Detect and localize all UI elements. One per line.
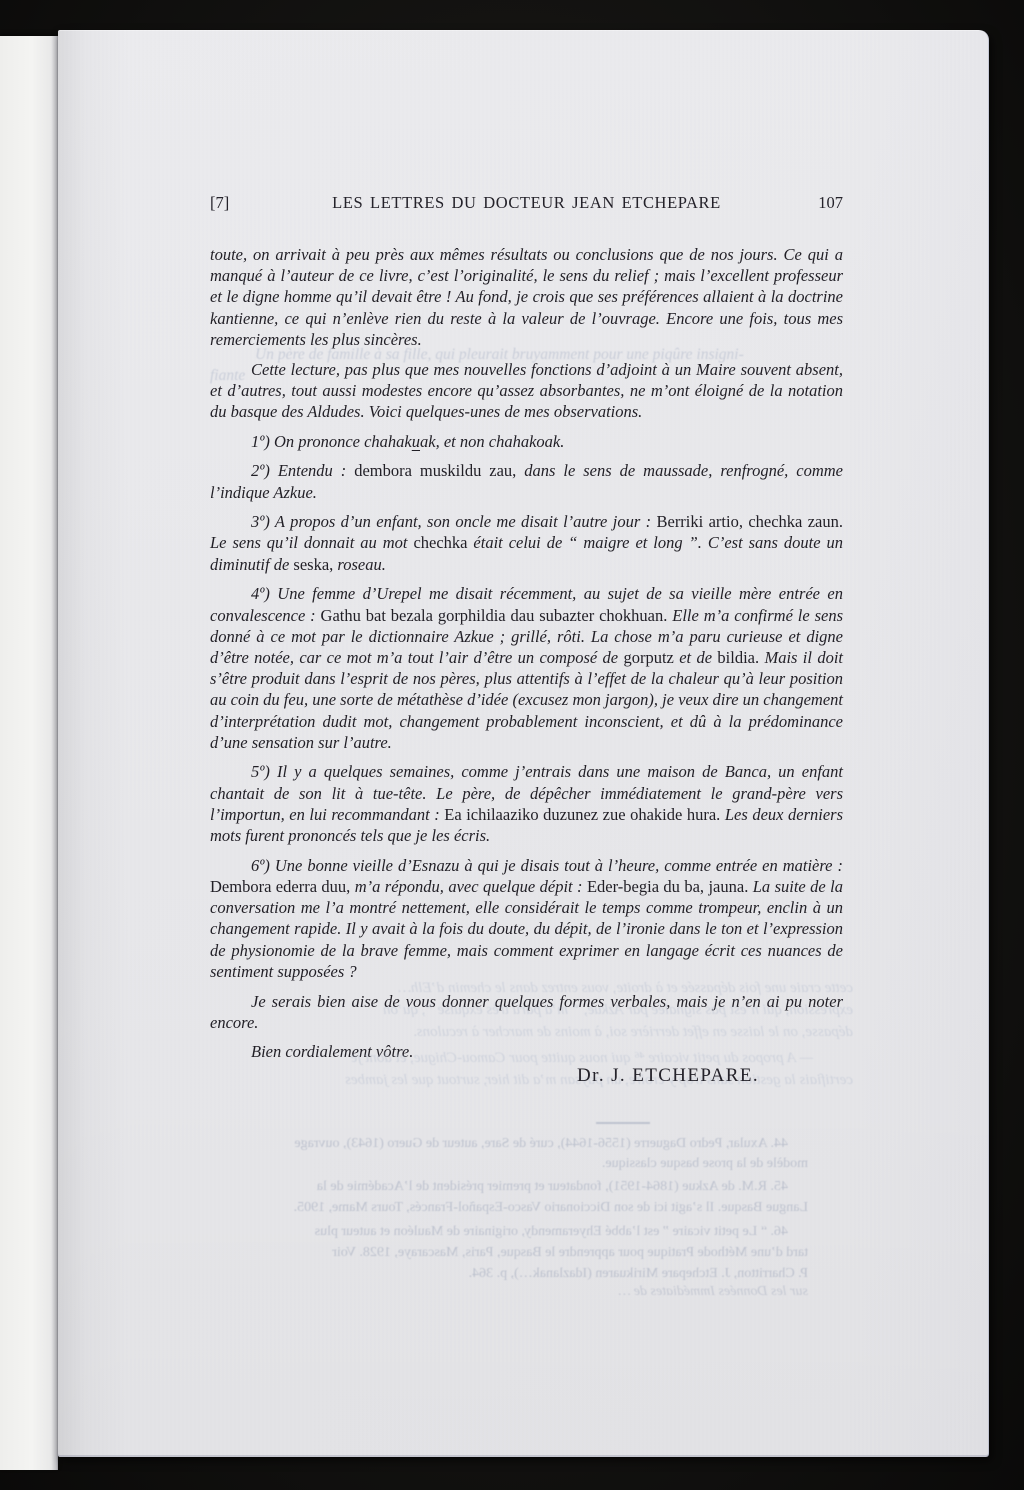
page-number: 107 — [783, 193, 843, 213]
letter-text: toute, on arrivait à peu près aux mêmes … — [210, 245, 843, 349]
paragraph: 6º) Une bonne vieille d’Esnazu à qui je … — [210, 855, 843, 982]
signature: Dr. J. ETCHEPARE. — [210, 1065, 843, 1087]
basque-phrase: Gathu bat bezala gorphildia dau subazter… — [321, 606, 668, 625]
letter-text: Cette lecture, pas plus que mes nouvelle… — [210, 360, 843, 421]
bleedthrough-line: 46. “ Le petit vicaire ” est l’abbé Ehye… — [160, 1222, 808, 1242]
bleedthrough-line: Langue Basque. Il s’agit ici de son Dicc… — [160, 1198, 808, 1218]
bleedthrough-line: 45. R.M. de Azkue (1864-1951), fondateur… — [160, 1177, 808, 1197]
scanned-book-photo: { "header": { "margin_ref": "[7]", "runn… — [0, 0, 1024, 1490]
basque-phrase: seska, — [293, 555, 333, 574]
running-title: LES LETTRES DU DOCTEUR JEAN ETCHEPARE — [270, 193, 783, 213]
paragraph: 4º) Une femme d’Urepel me disait récemme… — [210, 583, 843, 753]
bleedthrough-line: tard d’une Méthode Pratique pour apprend… — [160, 1243, 808, 1263]
basque-phrase: Dembora ederra duu, — [210, 877, 350, 896]
paragraph: 5º) Il y a quelques semaines, comme j’en… — [210, 761, 843, 846]
bracketed-folio: [7] — [210, 193, 270, 213]
letter-body: toute, on arrivait à peu près aux mêmes … — [210, 244, 843, 1063]
bleedthrough-line: P. Charritton, J. Etchepare Mirikuaren (… — [160, 1264, 808, 1284]
letter-text: 3º) A propos d’un enfant, son oncle me d… — [251, 512, 656, 531]
letter-text: m’a répondu, avec quelque dépit : — [350, 877, 587, 896]
bleedthrough-line: 44. Axular, Pedro Daguerre (1556-1644), … — [160, 1134, 808, 1154]
letter-text: 6º) Une bonne vieille d’Esnazu à qui je … — [251, 856, 843, 875]
letter-text: et de — [674, 648, 718, 667]
paragraph: 1º) On prononce chahakuak, et non chahak… — [210, 431, 843, 452]
letter-text: Je serais bien aise de vous donner quelq… — [210, 992, 843, 1032]
running-header: [7] LES LETTRES DU DOCTEUR JEAN ETCHEPAR… — [58, 30, 989, 213]
paragraph: Bien cordialement vôtre. — [210, 1041, 843, 1062]
bleedthrough-footnotes-block: 44. Axular, Pedro Daguerre (1556-1644), … — [160, 1120, 808, 1310]
basque-phrase: bildia. — [717, 648, 759, 667]
basque-phrase: Eder-begia du ba, jauna. — [587, 877, 748, 896]
letter-text: 2º) Entendu : — [251, 461, 354, 480]
book-page: Un père de famille à sa fille, qui pleur… — [58, 30, 989, 1457]
basque-phrase: Ea ichilaaziko duzunez zue ohakide hura. — [444, 805, 720, 824]
paragraph: Je serais bien aise de vous donner quelq… — [210, 991, 843, 1033]
letter-text: u — [412, 432, 420, 451]
basque-phrase: chechka — [413, 533, 467, 552]
letter-text: ak, et non chahakoak. — [420, 432, 564, 451]
letter-text: Bien cordialement vôtre. — [251, 1042, 413, 1061]
bleedthrough-line: sur les Données Immédiates de … — [160, 1282, 808, 1302]
basque-phrase: gorputz — [623, 648, 673, 667]
letter-text: Le sens qu’il donnait au mot — [210, 533, 413, 552]
facing-page-edge — [0, 36, 58, 1470]
paragraph: 3º) A propos d’un enfant, son oncle me d… — [210, 511, 843, 575]
paragraph: 2º) Entendu : dembora muskildu zau, dans… — [210, 460, 843, 502]
letter-text: 1º) On prononce chahak — [251, 432, 412, 451]
paragraph: Cette lecture, pas plus que mes nouvelle… — [210, 359, 843, 423]
page-surface: Un père de famille à sa fille, qui pleur… — [58, 30, 989, 1457]
bleedthrough-line: modèle de la prose basque classique. — [160, 1154, 808, 1174]
basque-phrase: dembora muskildu zau, — [354, 461, 516, 480]
paragraph: toute, on arrivait à peu près aux mêmes … — [210, 244, 843, 350]
basque-phrase: Berriki artio, chechka zaun. — [656, 512, 843, 531]
bleedthrough-footnote-rule — [596, 1122, 650, 1124]
letter-text: roseau. — [333, 555, 386, 574]
